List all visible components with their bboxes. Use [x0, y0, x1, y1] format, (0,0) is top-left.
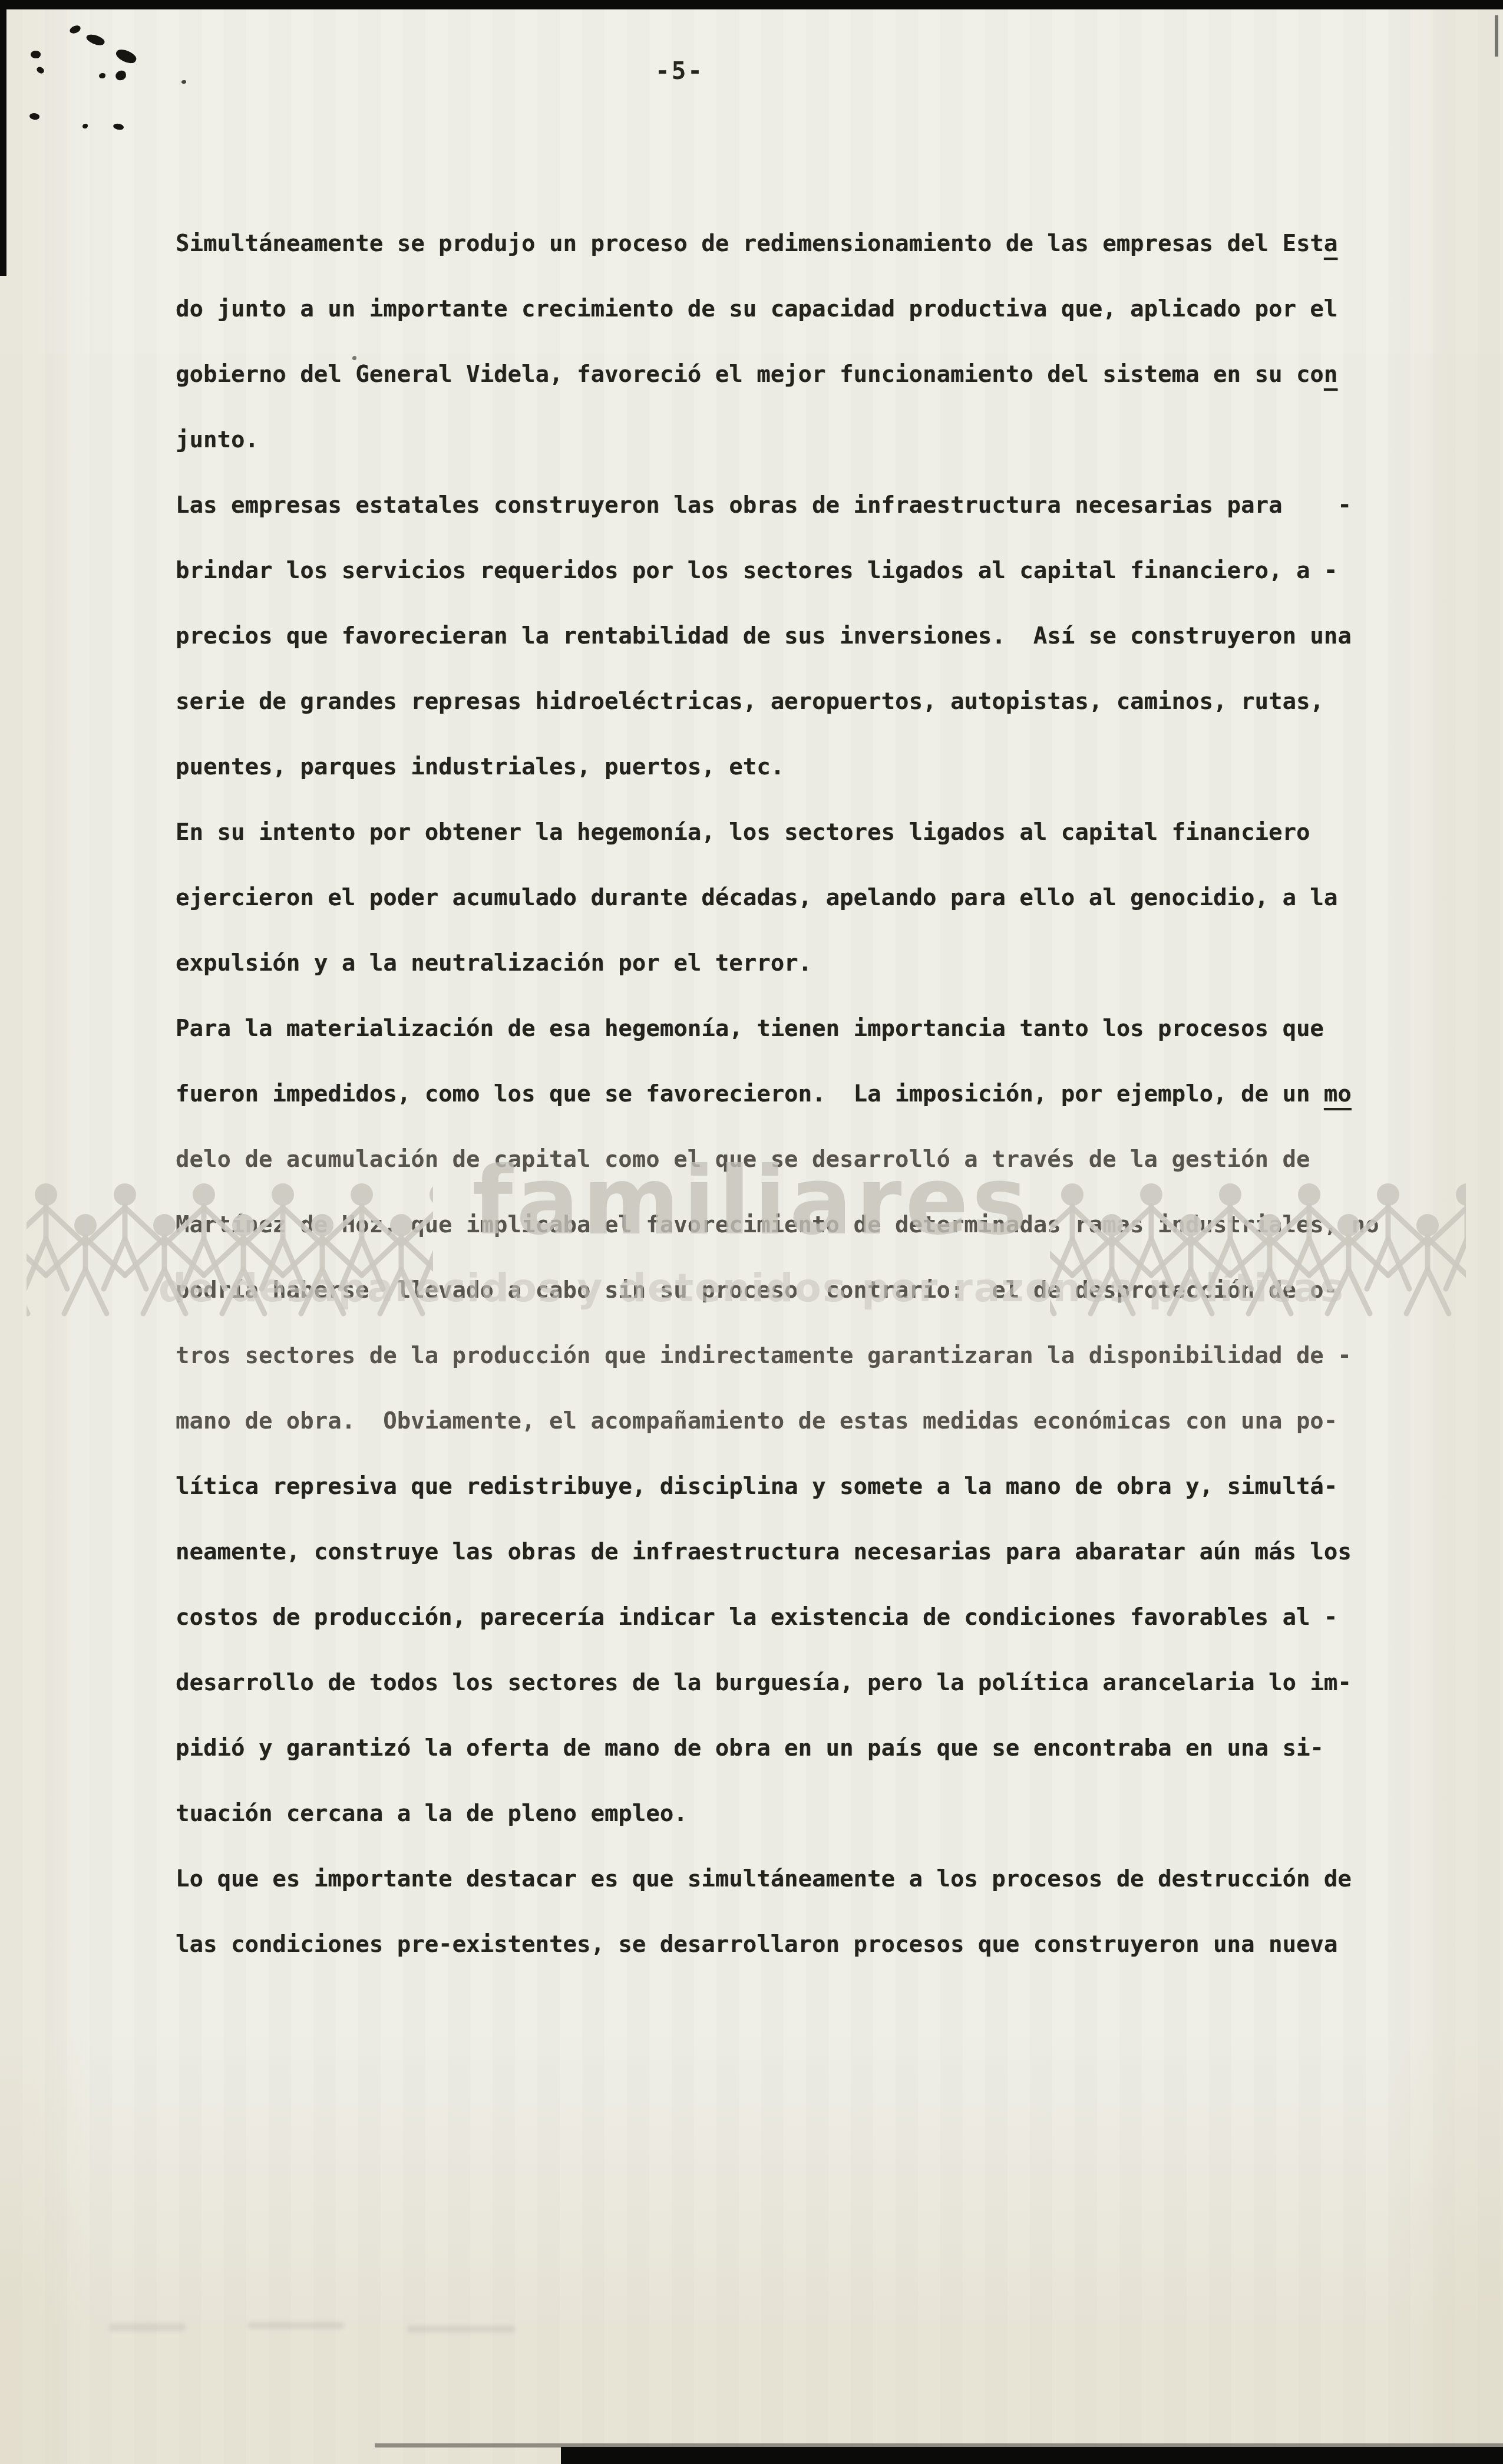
text-line: Martínez de Hoz, que implicaba el favore…: [176, 1206, 1448, 1272]
ink-speck: [82, 124, 88, 128]
text-line: tros sectores de la producción que indir…: [176, 1337, 1448, 1403]
scan-smudge: [247, 2322, 345, 2329]
text-line: tuación cercana a la de pleno empleo.: [176, 1795, 1448, 1861]
text-line: desarrollo de todos los sectores de la b…: [176, 1664, 1448, 1730]
scan-smudge: [407, 2326, 516, 2333]
text-line: gobierno del General Videla, favoreció e…: [176, 356, 1448, 421]
page-number: -5-: [655, 57, 704, 85]
text-line: las condiciones pre-existentes, se desar…: [176, 1926, 1448, 1991]
ink-speck: [113, 123, 124, 131]
text-line: pidió y garantizó la oferta de mano de o…: [176, 1730, 1448, 1795]
text-line: junto.: [176, 421, 1448, 487]
text-line: Las empresas estatales construyeron las …: [176, 487, 1448, 552]
ink-speck: [29, 112, 40, 120]
text-line: puentes, parques industriales, puertos, …: [176, 748, 1448, 814]
text-line: Lo que es importante destacar es que sim…: [176, 1861, 1448, 1926]
ink-speck: [35, 65, 45, 75]
text-line: brindar los servicios requeridos por los…: [176, 552, 1448, 618]
text-line: serie de grandes represas hidroeléctrica…: [176, 683, 1448, 748]
text-line: precios que favorecieran la rentabilidad…: [176, 618, 1448, 683]
text-line: delo de acumulación de capital como el q…: [176, 1141, 1448, 1206]
text-line: do junto a un importante crecimiento de …: [176, 291, 1448, 356]
text-line: costos de producción, parecería indicar …: [176, 1599, 1448, 1664]
scan-edge-top: [0, 0, 1503, 9]
scan-smudge: [109, 2323, 186, 2331]
text-line: ejercieron el poder acumulado durante dé…: [176, 879, 1448, 945]
text-line: En su intento por obtener la hegemonía, …: [176, 814, 1448, 879]
ink-speck: [85, 32, 105, 48]
ink-speck: [114, 47, 138, 66]
scan-edge-bottom: [561, 2447, 1503, 2464]
text-line: podría haberse llevado a cabo sin su pro…: [176, 1272, 1448, 1337]
ink-speck: [69, 24, 82, 34]
ink-speck: [30, 50, 41, 59]
text-line: Simultáneamente se produjo un proceso de…: [176, 225, 1448, 291]
scanned-document-page: -5- Simultáneamente se produjo un proces…: [0, 0, 1503, 2464]
ink-speck: [99, 73, 105, 78]
text-line: mano de obra. Obviamente, el acompañamie…: [176, 1403, 1448, 1468]
ink-speck: [115, 70, 127, 81]
text-line: Para la materialización de esa hegemonía…: [176, 1010, 1448, 1076]
ink-speck: [181, 80, 186, 84]
scan-edge-right: [1495, 15, 1498, 57]
text-line: lítica represiva que redistribuye, disci…: [176, 1468, 1448, 1533]
scan-edge-left: [0, 0, 6, 276]
text-line: expulsión y a la neutralización por el t…: [176, 945, 1448, 1010]
text-line: fueron impedidos, como los que se favore…: [176, 1076, 1448, 1141]
document-lines: Simultáneamente se produjo un proceso de…: [176, 225, 1448, 1991]
text-line: neamente, construye las obras de infraes…: [176, 1533, 1448, 1599]
